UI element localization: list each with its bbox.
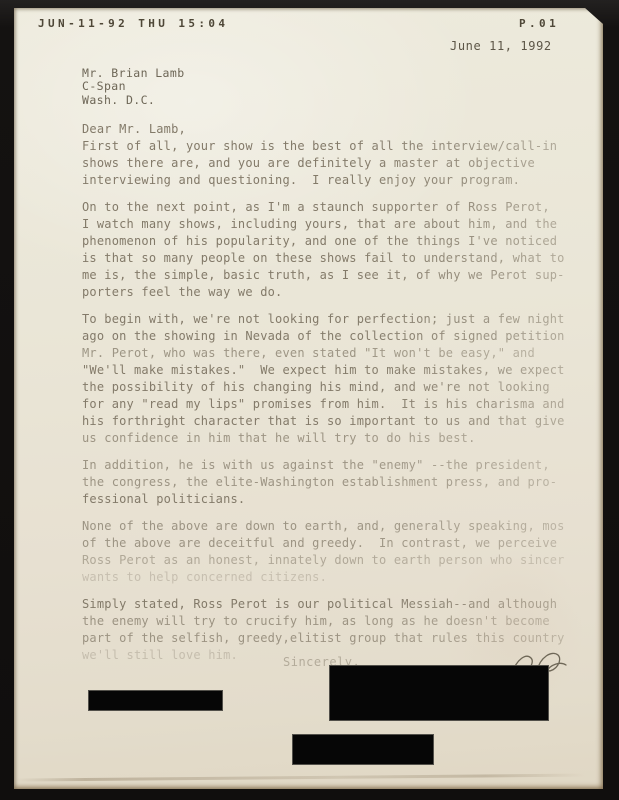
body-line: his forthright character that is so impo… <box>82 413 564 430</box>
letter-page: JUN-11-92 THU 15:04 P.01 June 11, 1992 M… <box>14 8 603 789</box>
body-line: I watch many shows, including yours, tha… <box>82 216 564 233</box>
address-line: Mr. Brian Lamb <box>82 67 185 80</box>
fax-timestamp: JUN-11-92 THU 15:04 <box>38 17 228 30</box>
address-line: C-Span <box>82 80 185 93</box>
paragraph-2: On to the next point, as I'm a staunch s… <box>82 199 564 301</box>
paragraph-1: Dear Mr. Lamb, First of all, your show i… <box>82 121 564 189</box>
body-line: To begin with, we're not looking for per… <box>82 311 564 328</box>
body-line: None of the above are down to earth, and… <box>82 518 564 535</box>
body-line: Dear Mr. Lamb, <box>82 121 564 138</box>
body-line: porters feel the way we do. <box>82 284 564 301</box>
recipient-address: Mr. Brian Lamb C-Span Wash. D.C. <box>82 67 185 107</box>
body-line: for any "read my lips" promises from him… <box>82 396 564 413</box>
body-line: is that so many people on these shows fa… <box>82 250 564 267</box>
body-line: shows there are, and you are definitely … <box>82 155 564 172</box>
body-line: On to the next point, as I'm a staunch s… <box>82 199 564 216</box>
body-line: Mr. Perot, who was there, even stated "I… <box>82 345 564 362</box>
paragraph-4: In addition, he is with us against the "… <box>82 457 564 508</box>
scan-background: JUN-11-92 THU 15:04 P.01 June 11, 1992 M… <box>0 0 619 800</box>
body-line: "We'll make mistakes." We expect him to … <box>82 362 564 379</box>
fax-page-number: P.01 <box>519 17 559 30</box>
body-line: the possibility of his changing his mind… <box>82 379 564 396</box>
body-line: phenomenon of his popularity, and one of… <box>82 233 564 250</box>
body-line: us confidence in him that he will try to… <box>82 430 564 447</box>
paper-crease <box>14 773 603 781</box>
address-line: Wash. D.C. <box>82 94 185 107</box>
body-line: me is, the simple, basic truth, as I see… <box>82 267 564 284</box>
date-line: June 11, 1992 <box>450 39 552 53</box>
redaction-box-left <box>88 690 223 711</box>
body-line: In addition, he is with us against the "… <box>82 457 564 474</box>
body-line: fessional politicians. <box>82 491 564 508</box>
body-line: ago on the showing in Nevada of the coll… <box>82 328 564 345</box>
body-line: the congress, the elite-Washington estab… <box>82 474 564 491</box>
body-line: First of all, your show is the best of a… <box>82 138 564 155</box>
paragraph-3: To begin with, we're not looking for per… <box>82 311 564 447</box>
body-line: interviewing and questioning. I really e… <box>82 172 564 189</box>
redaction-box-signature <box>329 665 549 721</box>
redaction-box-bottom <box>292 734 434 765</box>
